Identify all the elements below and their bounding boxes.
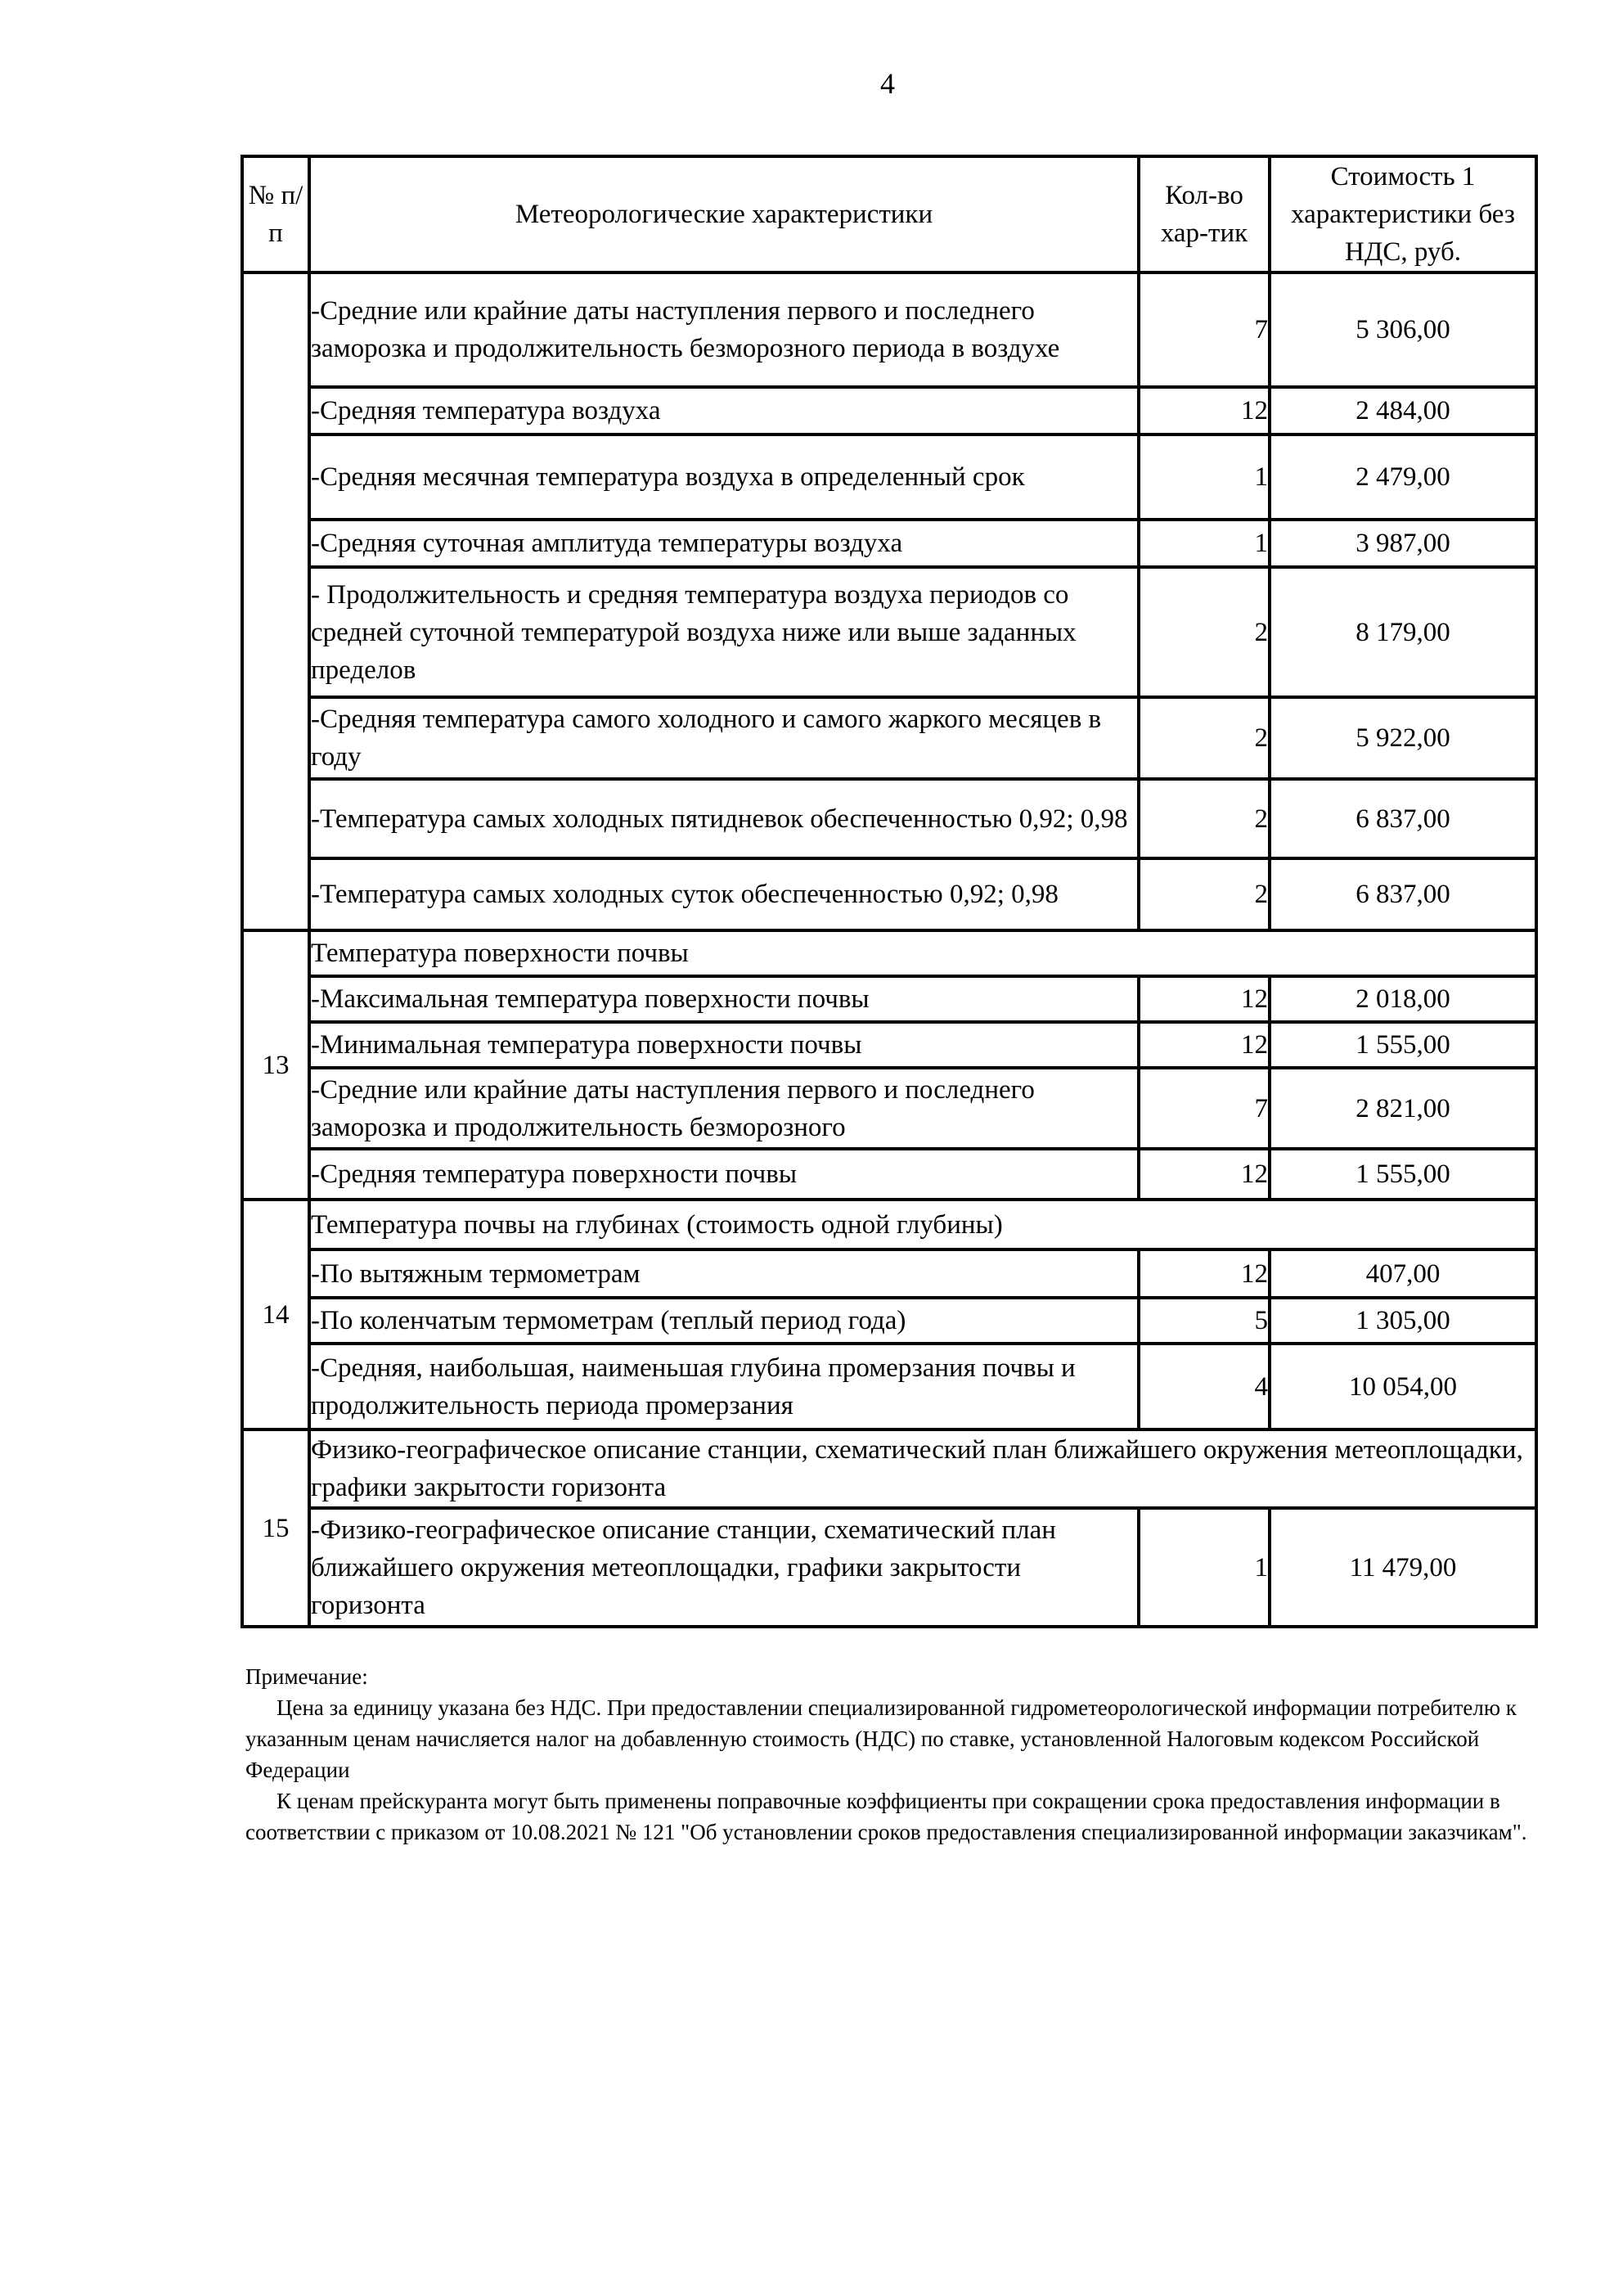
table-row: -Средняя месячная температура воздуха в …: [242, 434, 1536, 520]
header-cost: Стоимость 1 характеристики без НДС, руб.: [1270, 156, 1536, 272]
item-description: -Средняя температура самого холодного и …: [309, 697, 1139, 779]
item-cost: 1 305,00: [1270, 1298, 1536, 1344]
item-cost: 11 479,00: [1270, 1508, 1536, 1627]
item-quantity: 7: [1139, 272, 1270, 387]
item-description: -Физико-географическое описание станции,…: [309, 1508, 1139, 1627]
section-number: 14: [242, 1200, 309, 1429]
item-cost: 8 179,00: [1270, 567, 1536, 697]
price-table: № п/п Метеорологические характеристики К…: [241, 155, 1538, 1628]
item-cost: 2 479,00: [1270, 434, 1536, 520]
section-row: 15Физико-географическое описание станции…: [242, 1429, 1536, 1508]
item-description: -Средние или крайние даты наступления пе…: [309, 1068, 1139, 1149]
item-cost: 1 555,00: [1270, 1022, 1536, 1068]
header-description: Метеорологические характеристики: [309, 156, 1139, 272]
item-quantity: 12: [1139, 976, 1270, 1022]
row-number-cell: [242, 272, 309, 930]
item-cost: 3 987,00: [1270, 520, 1536, 567]
section-row: 14Температура почвы на глубинах (стоимос…: [242, 1200, 1536, 1249]
item-description: -Температура самых холодных суток обеспе…: [309, 858, 1139, 930]
item-cost: 6 837,00: [1270, 858, 1536, 930]
table-row: -Средняя суточная амплитуда температуры …: [242, 520, 1536, 567]
item-quantity: 1: [1139, 520, 1270, 567]
table-row: -Средние или крайние даты наступления пе…: [242, 1068, 1536, 1149]
section-title: Физико-географическое описание станции, …: [309, 1429, 1536, 1508]
table-row: -Температура самых холодных суток обеспе…: [242, 858, 1536, 930]
item-cost: 6 837,00: [1270, 779, 1536, 858]
item-description: -Максимальная температура поверхности по…: [309, 976, 1139, 1022]
section-row: 13Температура поверхности почвы: [242, 930, 1536, 976]
item-quantity: 1: [1139, 434, 1270, 520]
item-quantity: 2: [1139, 567, 1270, 697]
item-quantity: 12: [1139, 1022, 1270, 1068]
item-description: -Средняя, наибольшая, наименьшая глубина…: [309, 1344, 1139, 1429]
section-title: Температура почвы на глубинах (стоимость…: [309, 1200, 1536, 1249]
table-row: -Средняя температура самого холодного и …: [242, 697, 1536, 779]
item-quantity: 12: [1139, 1149, 1270, 1200]
item-quantity: 12: [1139, 1249, 1270, 1298]
item-quantity: 1: [1139, 1508, 1270, 1627]
note-paragraph: Цена за единицу указана без НДС. При пре…: [245, 1692, 1538, 1785]
item-cost: 2 018,00: [1270, 976, 1536, 1022]
item-description: -По вытяжным термометрам: [309, 1249, 1139, 1298]
item-description: -Средняя температура поверхности почвы: [309, 1149, 1139, 1200]
item-quantity: 2: [1139, 779, 1270, 858]
table-row: - Продолжительность и средняя температур…: [242, 567, 1536, 697]
item-quantity: 12: [1139, 387, 1270, 434]
item-description: -Средняя температура воздуха: [309, 387, 1139, 434]
item-description: -Средняя суточная амплитуда температуры …: [309, 520, 1139, 567]
item-cost: 2 821,00: [1270, 1068, 1536, 1149]
item-cost: 5 306,00: [1270, 272, 1536, 387]
item-quantity: 4: [1139, 1344, 1270, 1429]
table-row: -Максимальная температура поверхности по…: [242, 976, 1536, 1022]
header-quantity: Кол-во хар-тик: [1139, 156, 1270, 272]
table-row: -Средняя температура воздуха122 484,00: [242, 387, 1536, 434]
section-number: 13: [242, 930, 309, 1200]
table-row: -Средняя температура поверхности почвы12…: [242, 1149, 1536, 1200]
section-title: Температура поверхности почвы: [309, 930, 1536, 976]
item-description: - Продолжительность и средняя температур…: [309, 567, 1139, 697]
item-quantity: 2: [1139, 697, 1270, 779]
table-row: -Физико-географическое описание станции,…: [242, 1508, 1536, 1627]
table-body: -Средние или крайние даты наступления пе…: [242, 272, 1536, 1627]
header-num: № п/п: [242, 156, 309, 272]
table-row: -Средняя, наибольшая, наименьшая глубина…: [242, 1344, 1536, 1429]
section-number: 15: [242, 1429, 309, 1627]
item-description: -Минимальная температура поверхности поч…: [309, 1022, 1139, 1068]
item-description: -Средняя месячная температура воздуха в …: [309, 434, 1139, 520]
table-row: -По коленчатым термометрам (теплый перио…: [242, 1298, 1536, 1344]
item-cost: 407,00: [1270, 1249, 1536, 1298]
item-description: -Средние или крайние даты наступления пе…: [309, 272, 1139, 387]
table-row: -По вытяжным термометрам12407,00: [242, 1249, 1536, 1298]
item-cost: 5 922,00: [1270, 697, 1536, 779]
item-cost: 10 054,00: [1270, 1344, 1536, 1429]
item-cost: 2 484,00: [1270, 387, 1536, 434]
notes-section: Примечание: Цена за единицу указана без …: [245, 1661, 1538, 1848]
item-description: -По коленчатым термометрам (теплый перио…: [309, 1298, 1139, 1344]
item-quantity: 5: [1139, 1298, 1270, 1344]
item-description: -Температура самых холодных пятидневок о…: [309, 779, 1139, 858]
item-quantity: 2: [1139, 858, 1270, 930]
note-paragraph: К ценам прейскуранта могут быть применен…: [245, 1785, 1538, 1848]
item-cost: 1 555,00: [1270, 1149, 1536, 1200]
item-quantity: 7: [1139, 1068, 1270, 1149]
table-row: -Температура самых холодных пятидневок о…: [242, 779, 1536, 858]
table-row: -Средние или крайние даты наступления пе…: [242, 272, 1536, 387]
table-row: -Минимальная температура поверхности поч…: [242, 1022, 1536, 1068]
notes-heading: Примечание:: [245, 1661, 1538, 1692]
page-number: 4: [0, 67, 1623, 100]
table-header-row: № п/п Метеорологические характеристики К…: [242, 156, 1536, 272]
